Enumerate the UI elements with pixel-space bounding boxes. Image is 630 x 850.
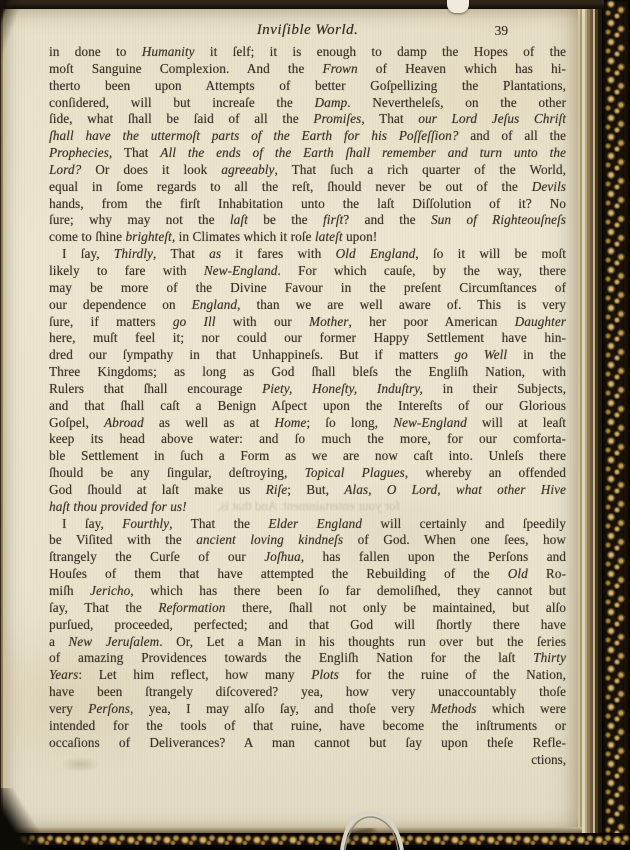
page-number: 39 bbox=[495, 23, 509, 39]
text-line: our dependence on England, than we are w… bbox=[49, 297, 566, 314]
text-line: Prophecies, That All the ends of the Ear… bbox=[49, 145, 566, 162]
text-line: miſh Jericho, which has there been ſo fa… bbox=[49, 583, 566, 600]
corner-shadow-bottom-left bbox=[0, 788, 46, 850]
text-line: Years: Let him reflect, how many Plots f… bbox=[49, 667, 566, 684]
paragraph-2: I ſay, Thirdly, That as it fares with Ol… bbox=[49, 246, 566, 516]
running-header: Inviſible World. 39 bbox=[49, 22, 566, 42]
text-line: haſt thou provided for us! bbox=[49, 499, 566, 516]
text-line: of amazing Providences towards the Engli… bbox=[49, 650, 566, 667]
text-line: Goſpel, Abroad as well as at Home; ſo lo… bbox=[49, 415, 566, 432]
wire-clip bbox=[334, 796, 412, 850]
text-line: very Perſons, yea, I may alſo ſay, and t… bbox=[49, 701, 566, 718]
scan-edge-bottom bbox=[0, 845, 630, 850]
text-line: equal in ſome regards to all the reſt, ſ… bbox=[49, 179, 566, 196]
text-line: ſhall have the uttermoſt parts of the Ea… bbox=[49, 128, 566, 145]
scanned-book-page: for your entertainment. And that is, Inv… bbox=[0, 0, 630, 850]
text-line: Houſes of them that have attempted the R… bbox=[49, 566, 566, 583]
corner-shadow-top-left bbox=[0, 0, 34, 90]
text-line: ſide, what ſhall be ſaid of all the Prom… bbox=[49, 111, 566, 128]
text-line: I ſay, Thirdly, That as it fares with Ol… bbox=[49, 246, 566, 263]
body-text: in done to Humanity it ſelf; it is enoug… bbox=[49, 44, 566, 751]
text-line: may be more of the Divine Favour in the … bbox=[49, 280, 566, 297]
text-line: hands, from the firſt Inhabitation unto … bbox=[49, 196, 566, 213]
text-line: have been ſtrangely diſcovered? yea, how… bbox=[49, 684, 566, 701]
text-line: Three Kingdoms; as long as God ſhall ble… bbox=[49, 364, 566, 381]
text-line: here, muſt feel it; nor could our former… bbox=[49, 330, 566, 347]
text-line: come to ſhine brighteſt, in Climates whi… bbox=[49, 229, 566, 246]
text-line: ſhould be any ſingular, deſtroying, Topi… bbox=[49, 465, 566, 482]
scan-edge-left bbox=[0, 0, 6, 850]
text-line: keep its head above water: and ſo much t… bbox=[49, 431, 566, 448]
text-line: purſued, proceeded, perfected; and that … bbox=[49, 617, 566, 634]
text-line: moſt Sanguine Complexion. And the Frown … bbox=[49, 61, 566, 78]
text-line: ſtrangely the Curſe of our Joſhua, has f… bbox=[49, 549, 566, 566]
text-line: conſidered, will but increaſe the Damp. … bbox=[49, 95, 566, 112]
text-line: I ſay, Fourthly, That the Elder England … bbox=[49, 516, 566, 533]
text-line: likely to fare with New-England. For whi… bbox=[49, 263, 566, 280]
text-line: in done to Humanity it ſelf; it is enoug… bbox=[49, 44, 566, 61]
page-title: Inviſible World. bbox=[49, 22, 566, 39]
text-line: ſay, That the Reformation there, ſhall n… bbox=[49, 600, 566, 617]
text-line: ſure, if matters go Ill with our Mother,… bbox=[49, 314, 566, 331]
book-page-edges bbox=[578, 0, 602, 850]
paragraph-1: in done to Humanity it ſelf; it is enoug… bbox=[49, 44, 566, 246]
text-line: Lord? Or does it look agreeably, That ſu… bbox=[49, 162, 566, 179]
text-line: ble Settlement in ſuch a Form as we are … bbox=[49, 448, 566, 465]
text-line: a New Jeruſalem. Or, Let a Man in his th… bbox=[49, 634, 566, 651]
paragraph-3: I ſay, Fourthly, That the Elder England … bbox=[49, 516, 566, 752]
text-line: dred our ſympathy in that Unhappineſs. B… bbox=[49, 347, 566, 364]
text-line: and that ſhall caſt a Benign Aſpect upon… bbox=[49, 398, 566, 415]
text-line: God ſhould at laſt make us Riſe; But, Al… bbox=[49, 482, 566, 499]
scan-edge-top bbox=[0, 0, 604, 9]
text-line: therto been upon Attempts of better Goſp… bbox=[49, 78, 566, 95]
catchword: ctions, bbox=[49, 752, 566, 768]
text-line: intended for the tools of that ruine, ha… bbox=[49, 718, 566, 735]
text-line: Rulers that ſhall encourage Piety, Honeſ… bbox=[49, 381, 566, 398]
text-line: occaſions of Deliverances? A man cannot … bbox=[49, 735, 566, 752]
text-line: ſure; why may not the laſt be the firſt?… bbox=[49, 212, 566, 229]
text-line: be Viſited with the ancient loving kindn… bbox=[49, 532, 566, 549]
gilt-border-right bbox=[602, 0, 630, 850]
